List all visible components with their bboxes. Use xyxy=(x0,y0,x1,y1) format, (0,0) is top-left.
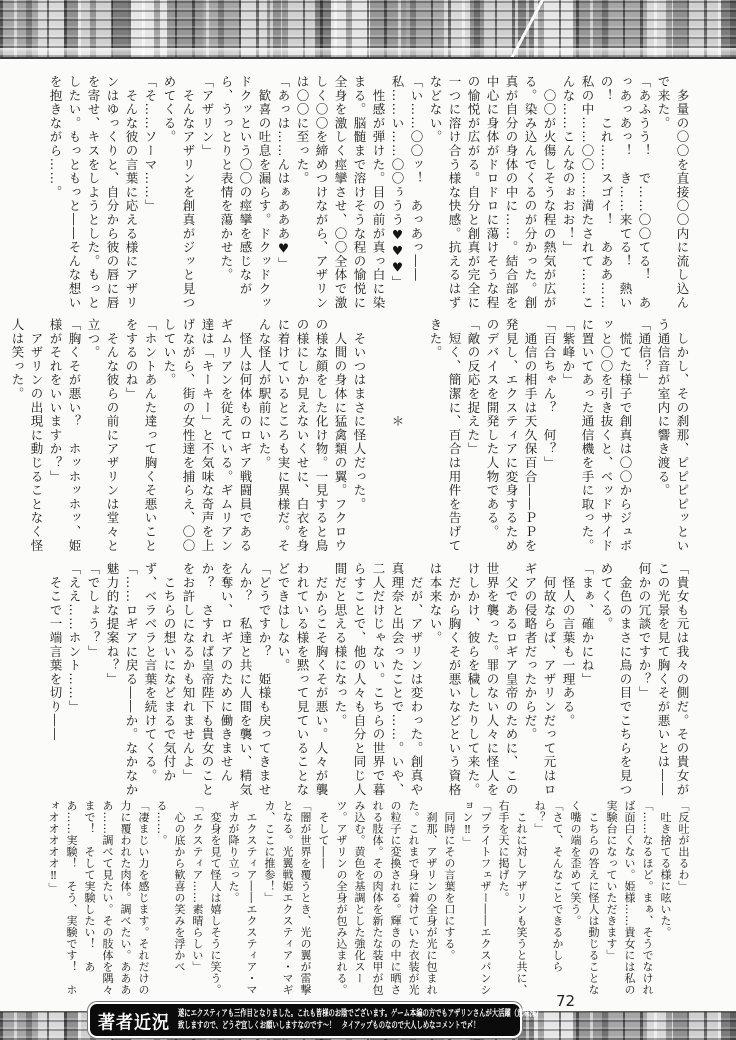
author-note-line-1: 遂にエクスティアも三作目となりました。これも皆様のお陰でございます。ゲーム本編の… xyxy=(178,1008,542,1021)
author-note-line-2: 致しますので、どうぞ宜しくお願いしますなのです～！ タイアップものなので大人しめ… xyxy=(178,1020,542,1033)
text-row-3: 「貴女も元は我々の側だ。その貴女がこの光景を見て胸くそが悪いとは――何かの冗談で… xyxy=(58,562,692,800)
vertical-text-block: しかし、その刹那、ピピピピッという通信音が室内に響き渡る。 「通信？」 慌てた様… xyxy=(58,318,692,556)
author-note-box: 著者近況 遂にエクスティアも三作目となりました。これも皆様のお陰でございます。ゲ… xyxy=(88,1002,522,1038)
text-row-4: 「反吐が出るわ」 吐き捨てる様に呟いた。 「……なるほど。まぁ、そうでなければ面… xyxy=(58,800,692,1004)
author-note-label: 著者近況 xyxy=(98,1007,170,1034)
vertical-text-block: 「反吐が出るわ」 吐き捨てる様に呟いた。 「……なるほど。まぁ、そうでなければ面… xyxy=(58,800,692,1004)
text-row-2: しかし、その刹那、ピピピピッという通信音が室内に響き渡る。 「通信？」 慌てた様… xyxy=(58,318,692,556)
vertical-text-block: 多量の〇〇を直接〇〇内に流し込んで来た。 「あふうう！ で……〇〇てる！ あっあ… xyxy=(58,75,692,311)
novel-page: { "page": { "number": "72", "paper_color… xyxy=(0,0,736,1040)
author-note-text: 遂にエクスティアも三作目となりました。これも皆様のお陰でございます。ゲーム本編の… xyxy=(178,1008,542,1033)
page-number: 72 xyxy=(556,992,575,1010)
vertical-text-block: 「貴女も元は我々の側だ。その貴女がこの光景を見て胸くそが悪いとは――何かの冗談で… xyxy=(58,562,692,800)
text-row-1: 多量の〇〇を直接〇〇内に流し込んで来た。 「あふうう！ で……〇〇てる！ あっあ… xyxy=(58,75,692,311)
novel-text-area: 多量の〇〇を直接〇〇内に流し込んで来た。 「あふうう！ で……〇〇てる！ あっあ… xyxy=(58,0,692,1040)
